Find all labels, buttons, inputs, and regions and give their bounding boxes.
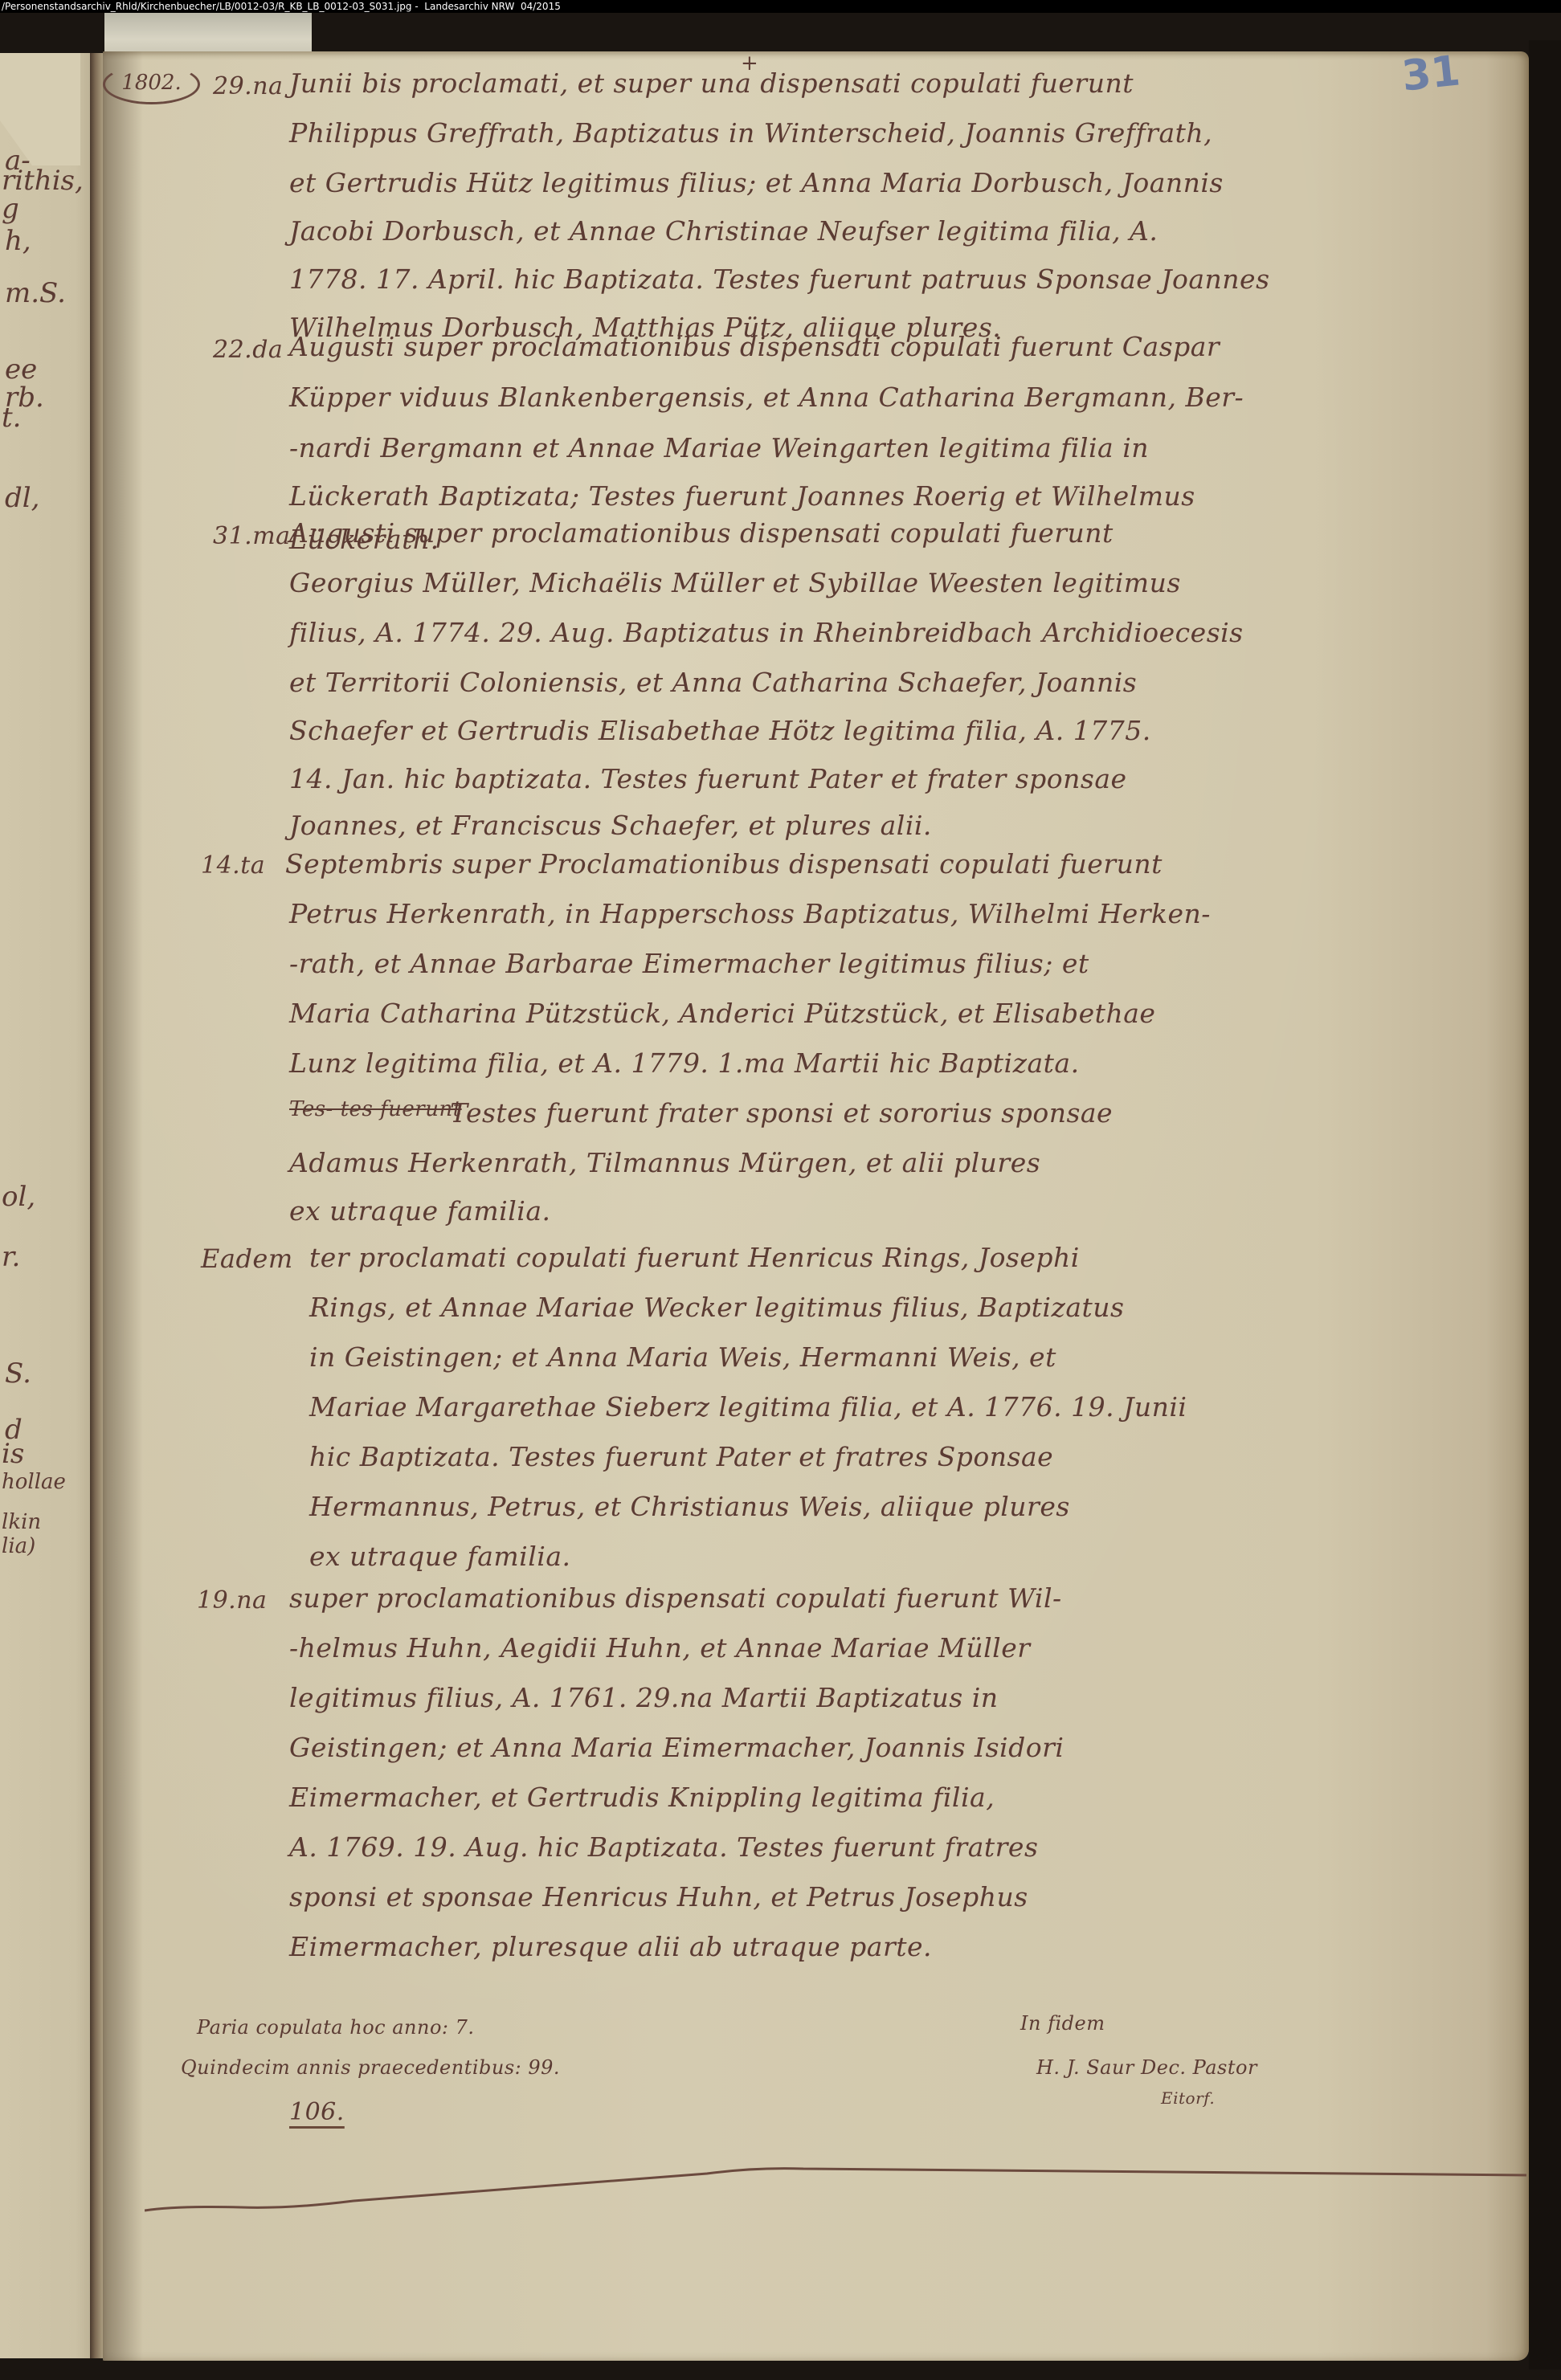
entry-date: 31.ma: [213, 522, 291, 550]
tally-previous-years: Quindecim annis praecedentibus: 99.: [181, 2056, 560, 2079]
facing-fragment: hollae: [2, 1470, 66, 1494]
entry-line: 14. Jan. hic baptizata. Testes fuerunt P…: [289, 763, 1127, 794]
struck-text: Tes- tes fuerunt: [289, 1097, 462, 1121]
entry-line: hic Baptizata. Testes fuerunt Pater et f…: [309, 1441, 1053, 1472]
facing-fragment: h,: [5, 225, 31, 257]
page-edge-background: [1529, 40, 1561, 2370]
facing-fragment: dl,: [5, 482, 39, 514]
entry-line: 1778. 17. April. hic Baptizata. Testes f…: [289, 263, 1270, 295]
entry-date: 14.ta: [201, 851, 265, 880]
facing-fragment: ol,: [2, 1181, 35, 1213]
entry-line: et Territorii Coloniensis, et Anna Catha…: [289, 667, 1137, 698]
tally-total: 106.: [289, 2098, 345, 2126]
entry-line: Adamus Herkenrath, Tilmannus Mürgen, et …: [289, 1147, 1040, 1178]
entry-line: ex utraque familia.: [289, 1195, 551, 1227]
entry-line: Lunz legitima filia, et A. 1779. 1.ma Ma…: [289, 1047, 1080, 1079]
signature-place: Eitorf.: [1161, 2088, 1215, 2108]
entry-line: super proclamationibus dispensati copula…: [289, 1582, 1062, 1614]
entry-date: 22.da: [213, 336, 283, 364]
entry-line: A. 1769. 19. Aug. hic Baptizata. Testes …: [289, 1831, 1038, 1863]
entry-line: Septembris super Proclamationibus dispen…: [285, 848, 1163, 880]
entry-line: legitimus filius, A. 1761. 29.na Martii …: [289, 1682, 999, 1713]
entry-line: Augusti super proclamationibus dispensat…: [289, 331, 1220, 362]
entry-line: filius, A. 1774. 29. Aug. Baptizatus in …: [289, 617, 1244, 648]
entry-line: Mariae Margarethae Sieberz legitima fili…: [309, 1391, 1187, 1423]
entry-line: ter proclamati copulati fuerunt Henricus…: [309, 1242, 1080, 1273]
entry-line: Rings, et Annae Mariae Wecker legitimus …: [309, 1292, 1125, 1323]
entry-line: in Geistingen; et Anna Maria Weis, Herma…: [309, 1341, 1056, 1373]
entry-line: -helmus Huhn, Aegidii Huhn, et Annae Mar…: [289, 1632, 1031, 1664]
entry-line: Geistingen; et Anna Maria Eimermacher, J…: [289, 1732, 1064, 1763]
entry-line: Schaefer et Gertrudis Elisabethae Hötz l…: [289, 715, 1151, 746]
entry-line: sponsi et sponsae Henricus Huhn, et Petr…: [289, 1881, 1028, 1913]
facing-fragment: S.: [5, 1357, 31, 1390]
facing-fragment: lia): [2, 1534, 35, 1558]
entry-line: Junii bis proclamati, et super una dispe…: [289, 67, 1134, 99]
facing-fragment: m.S.: [5, 277, 66, 309]
entry-line: Eimermacher, pluresque alii ab utraque p…: [289, 1931, 932, 1962]
entry-line: Jacobi Dorbusch, et Annae Christinae Neu…: [289, 215, 1158, 247]
entry-line: Philippus Greffrath, Baptizatus in Winte…: [289, 117, 1212, 149]
entry-line: Petrus Herkenrath, in Happerschoss Bapti…: [289, 898, 1211, 929]
entry-line: Lückerath Baptizata; Testes fuerunt Joan…: [289, 480, 1195, 512]
entry-line: Testes fuerunt frater sponsi et sororius…: [450, 1097, 1113, 1129]
entry-line: Eimermacher, et Gertrudis Knippling legi…: [289, 1782, 995, 1813]
entry-date: Eadem: [201, 1243, 293, 1274]
entry-line: Küpper viduus Blankenbergensis, et Anna …: [289, 382, 1244, 413]
entry-line: Augusti super proclamationibus dispensat…: [289, 517, 1114, 549]
entry-line: -rath, et Annae Barbarae Eimermacher leg…: [289, 948, 1089, 979]
entry-line: Georgius Müller, Michaëlis Müller et Syb…: [289, 567, 1181, 598]
facing-fragment: r.: [2, 1241, 20, 1273]
entry-line: Hermannus, Petrus, et Christianus Weis, …: [309, 1491, 1070, 1522]
page-number: 31: [1400, 47, 1462, 100]
entry-line: Maria Catharina Pützstück, Anderici Pütz…: [289, 998, 1155, 1029]
entry-line: ex utraque familia.: [309, 1541, 571, 1572]
attestation: In fidem: [1020, 2012, 1105, 2035]
entry-line: -nardi Bergmann et Annae Mariae Weingart…: [289, 432, 1149, 463]
facing-fragment: ee: [5, 353, 37, 386]
entry-line: et Gertrudis Hütz legitimus filius; et A…: [289, 167, 1224, 198]
facing-fragment: g: [2, 193, 19, 225]
archive-path-bar: /Personenstandsarchiv_Rhld/Kirchenbueche…: [0, 0, 1561, 13]
entry-date: 19.na: [197, 1586, 267, 1615]
pastor-signature: H. J. Saur Dec. Pastor: [1036, 2056, 1257, 2079]
year-badge: 1802.: [103, 64, 200, 104]
bookmark-ribbon: [104, 13, 312, 57]
facing-fragment: rithis,: [2, 165, 84, 197]
facing-fragment: is: [2, 1438, 24, 1470]
facing-fragment: lkin: [2, 1510, 41, 1534]
entry-date: 29.na: [213, 72, 283, 100]
closing-line: [145, 2161, 1526, 2225]
tally-current-year: Paria copulata hoc anno: 7.: [197, 2016, 475, 2039]
page-shadow: [103, 51, 143, 2361]
facing-fragment: t.: [2, 402, 21, 434]
entry-line: Joannes, et Franciscus Schaefer, et plur…: [289, 810, 932, 841]
